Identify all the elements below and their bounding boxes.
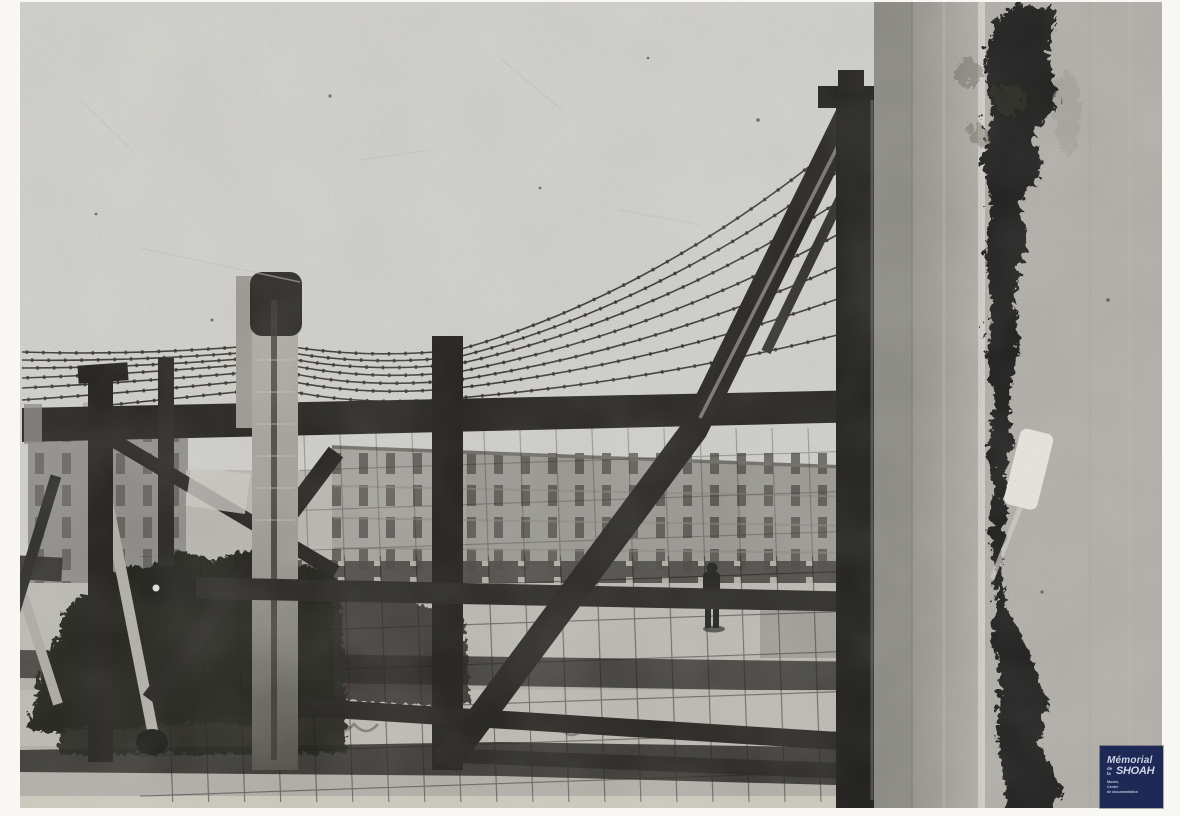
archival-photograph [0,0,1180,816]
watermark-sub3: de documentation [1107,790,1161,795]
photo-page: Mémorial de la SHOAH Musée, Centre de do… [0,0,1180,816]
memorial-shoah-watermark: Mémorial de la SHOAH Musée, Centre de do… [1100,746,1163,808]
film-grain [20,2,1162,808]
watermark-shoah: SHOAH [1116,766,1154,777]
watermark-dela: de la [1107,767,1116,777]
